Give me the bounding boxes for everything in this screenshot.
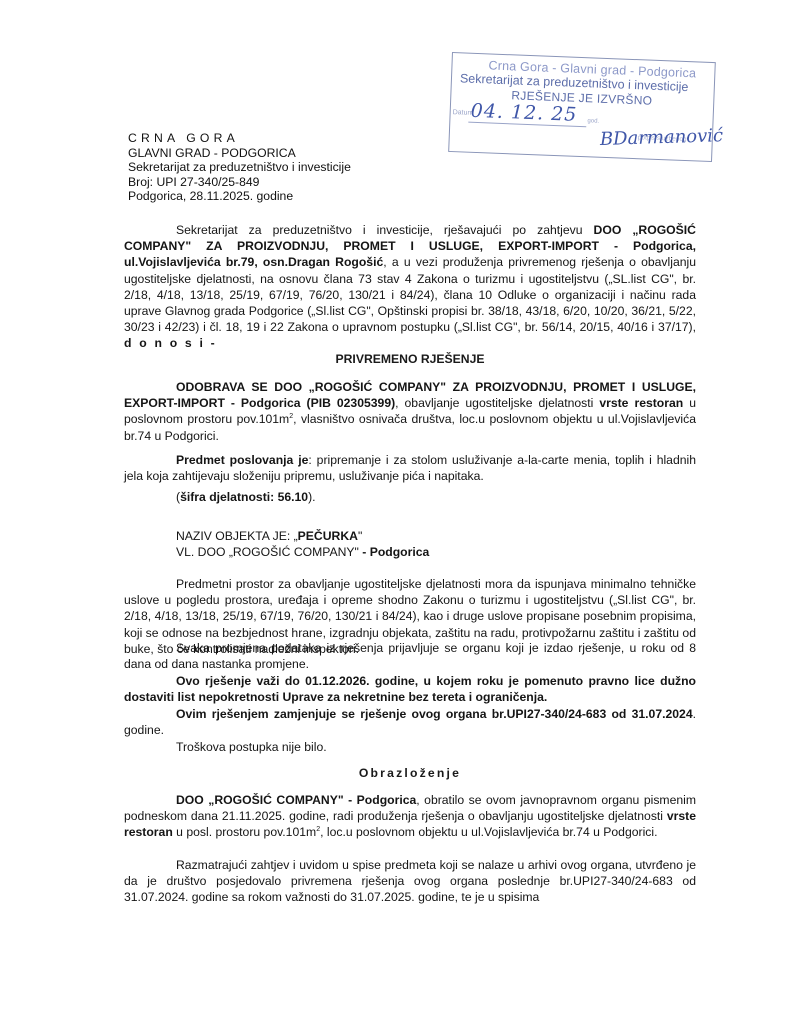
replaced-decision-date: 31.07.2024 [632,707,693,721]
costs-text: Troškova postupka nije bilo. [176,740,327,754]
handwritten-signature: BDarmanović [600,125,724,150]
document-header: CRNA GORA GLAVNI GRAD - PODGORICA Sekret… [128,131,351,204]
activity-code: (šifra djelatnosti: 56.10). [124,489,696,505]
stamp-year-label: god. [587,118,599,124]
intro-text: Sekretarijat za preduzetništvo i investi… [176,223,594,237]
header-place-date: Podgorica, 28.11.2025. godine [128,189,351,204]
validity-date: 01.12.2026 [305,674,366,688]
activity-code-value: šifra djelatnosti: 56.10 [180,490,308,504]
object-name-label: NAZIV OBJEKTA JE: „ [176,529,298,543]
object-info: NAZIV OBJEKTA JE: „PEČURKA" VL. DOO „ROG… [124,529,696,560]
business-type: vrste restoran [599,396,683,410]
quote-close: " [358,529,362,543]
donosi-text: d o n o s i - [124,336,217,350]
decision-text: , obavljanje ugostiteljske djelatnosti [395,396,599,410]
decision-title: PRIVREMENO RJEŠENJE [124,352,696,366]
paren-close: ). [308,490,315,504]
header-city: GLAVNI GRAD - PODGORICA [128,146,351,161]
replacement-paragraph: Ovim rješenjem zamjenjuje se rješenje ov… [124,706,696,738]
header-country: CRNA GORA [128,131,351,146]
decision-paragraph: ODOBRAVA SE DOO „ROGOŠIĆ COMPANY" ZA PRO… [124,379,696,444]
document-page: Crna Gora - Glavni grad - Podgorica Sekr… [0,0,791,1024]
reasoning-area: u posl. prostoru pov.101m [173,825,316,839]
intro-paragraph: Sekretarijat za preduzetništvo i investi… [124,222,696,352]
change-notice-paragraph: Svaka promjena podataka iz rješenja prij… [124,640,696,672]
header-case-number: Broj: UPI 27-340/25-849 [128,175,351,190]
object-name: PEČURKA [298,529,358,543]
reasoning-paragraph-2: Razmatrajući zahtjev i uvidom u spise pr… [124,857,696,906]
header-department: Sekretarijat za preduzetništvo i investi… [128,160,351,175]
reasoning-location: , loc.u poslovnom objektu u ul.Vojislavl… [320,825,657,839]
object-owner-city: - Podgorica [359,545,429,559]
costs-paragraph: Troškova postupka nije bilo. [124,739,696,755]
replacement-od: od [606,707,631,721]
change-notice-text: Svaka promjena podataka iz rješenja prij… [124,641,696,671]
reasoning-paragraph-1: DOO „ROGOŠIĆ COMPANY" - Podgorica, obrat… [124,792,696,841]
business-label: Predmet poslovanja je [176,453,308,467]
executive-stamp: Crna Gora - Glavni grad - Podgorica Sekr… [448,52,716,162]
object-owner: VL. DOO „ROGOŠIĆ COMPANY" [176,545,359,559]
replaced-decision-number: UPI27-340/24-683 [507,707,607,721]
replacement-text: Ovim rješenjem zamjenjuje se rješenje ov… [176,707,507,721]
reasoning-applicant: DOO „ROGOŠIĆ COMPANY" - Podgorica [176,793,416,807]
reasoning-title: Obrazloženje [124,766,696,780]
reasoning-text-2: Razmatrajući zahtjev i uvidom u spise pr… [124,858,696,904]
validity-text: Ovo rješenje važi do [176,674,305,688]
validity-paragraph: Ovo rješenje važi do 01.12.2026. godine,… [124,673,696,705]
business-paragraph: Predmet poslovanja je: pripremanje i za … [124,452,696,484]
